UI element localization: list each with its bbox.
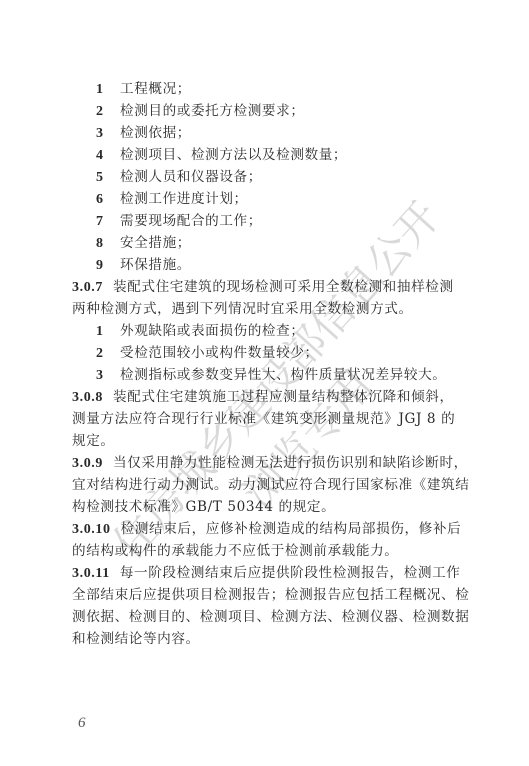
list-item: 3检测依据； bbox=[96, 124, 488, 143]
clause-3-0-10: 3.0.10检测结束后，应修补检测造成的结构局部损伤，修补后 bbox=[72, 520, 464, 539]
clause-text: 和检测结论等内容。 bbox=[72, 630, 464, 649]
clause-3-0-7: 3.0.7装配式住宅建筑的现场检测可采用全数检测和抽样检测 bbox=[72, 278, 464, 297]
clause-text: 测依据、检测目的、检测项目、检测方法、检测仪器、检测数据 bbox=[72, 608, 464, 627]
list-item: 2受检范围较小或构件数量较少； bbox=[96, 344, 488, 363]
list-item: 4检测项目、检测方法以及检测数量； bbox=[96, 146, 488, 165]
clause-text: 宜对结构进行动力测试。动力测试应符合现行国家标准《建筑结 bbox=[72, 476, 464, 495]
clause-number: 3.0.7 bbox=[72, 280, 103, 295]
clause-number: 3.0.9 bbox=[72, 456, 103, 471]
clause-number: 3.0.8 bbox=[72, 390, 103, 405]
clause-3-0-11: 3.0.11每一阶段检测结束后应提供阶段性检测报告，检测工作 bbox=[72, 564, 464, 583]
clause-number: 3.0.11 bbox=[72, 566, 110, 581]
clause-3-0-9: 3.0.9当仅采用静力性能检测无法进行损伤识别和缺陷诊断时， bbox=[72, 454, 464, 473]
clause-text: 两种检测方式，遇到下列情况时宜采用全数检测方式。 bbox=[72, 300, 464, 319]
clause-text: 的结构或构件的承载能力不应低于检测前承载能力。 bbox=[72, 542, 464, 561]
list-item: 7需要现场配合的工作； bbox=[96, 212, 488, 231]
document-page: 住房城乡建设部信息公开 浏览专用 1工程概况； 2检测目的或委托方检测要求； 3… bbox=[0, 0, 529, 766]
list-item: 5检测人员和仪器设备； bbox=[96, 168, 488, 187]
list-item: 8安全措施； bbox=[96, 234, 488, 253]
list-item: 3检测指标或参数变异性大、构件质量状况差异较大。 bbox=[96, 366, 488, 385]
clause-text: 全部结束后应提供项目检测报告；检测报告应包括工程概况、检 bbox=[72, 586, 464, 605]
clause-text: 测量方法应符合现行行业标准《建筑变形测量规范》JGJ 8 的 bbox=[72, 410, 464, 429]
clause-3-0-8: 3.0.8装配式住宅建筑施工过程应测量结构整体沉降和倾斜， bbox=[72, 388, 464, 407]
list-item: 6检测工作进度计划； bbox=[96, 190, 488, 209]
list-item: 1外观缺陷或表面损伤的检查； bbox=[96, 322, 488, 341]
clause-text: 构检测技术标准》GB/T 50344 的规定。 bbox=[72, 498, 464, 517]
list-item: 1工程概况； bbox=[96, 80, 488, 99]
clause-number: 3.0.10 bbox=[72, 522, 111, 537]
page-number: 6 bbox=[78, 715, 86, 732]
clause-text: 规定。 bbox=[72, 432, 464, 451]
list-item: 9环保措施。 bbox=[96, 256, 488, 275]
list-item: 2检测目的或委托方检测要求； bbox=[96, 102, 488, 121]
